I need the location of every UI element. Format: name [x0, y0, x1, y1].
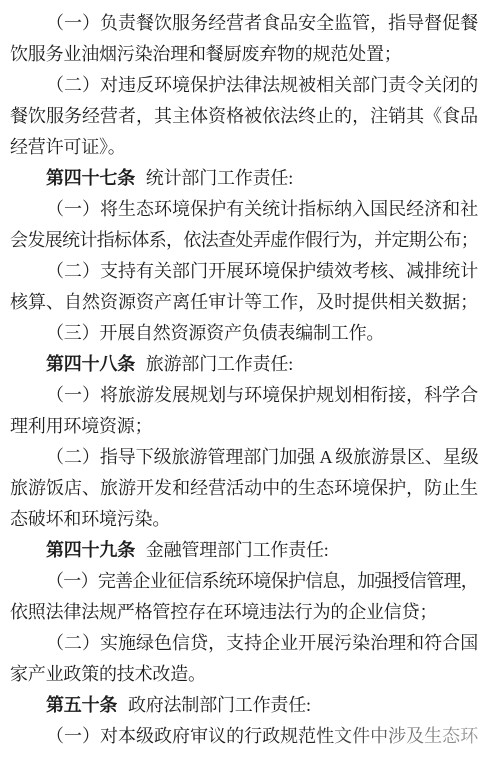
- article-number: 第四十九条: [46, 540, 135, 560]
- text-line: （一）将旅游发展规划与环境保护规划相衔接，科学合: [10, 380, 478, 411]
- text-line: 餐饮服务经营者，其主体资格被依法终止的，注销其《食品: [10, 101, 478, 132]
- clause-item-tourism-planning: （一）将旅游发展规划与环境保护规划相衔接，科学合 理利用环境资源；: [10, 380, 478, 442]
- article-title: 统计部门工作责任:: [146, 168, 293, 188]
- article-47-heading: 第四十七条统计部门工作责任:: [10, 163, 478, 194]
- text-line: 第四十八条旅游部门工作责任:: [10, 349, 478, 380]
- text-line: 第五十条政府法制部门工作责任:: [10, 690, 478, 721]
- clause-item-tourism-guidance: （二）指导下级旅游管理部门加强 A 级旅游景区、星级 旅游饭店、旅游开发和经营活…: [10, 442, 478, 535]
- clause-item-green-credit: （二）实施绿色信贷，支持企业开展污染治理和符合国 家产业政策的技术改造。: [10, 628, 478, 690]
- text-line: 饮服务业油烟污染治理和餐厨废弃物的规范处置；: [10, 39, 478, 70]
- text-line: （二）指导下级旅游管理部门加强 A 级旅游景区、星级: [10, 442, 478, 473]
- text-line: （二）实施绿色信贷，支持企业开展污染治理和符合国: [10, 628, 478, 659]
- text-line: 第四十七条统计部门工作责任:: [10, 163, 478, 194]
- text-line: （一）将生态环境保护有关统计指标纳入国民经济和社: [10, 194, 478, 225]
- text-line: 旅游饭店、旅游开发和经营活动中的生态环境保护，防止生: [10, 473, 478, 504]
- clause-item-statistics-support: （二）支持有关部门开展环境保护绩效考核、减排统计 核算、自然资源资产离任审计等工…: [10, 256, 478, 318]
- clause-item-statistics-indicators: （一）将生态环境保护有关统计指标纳入国民经济和社 会发展统计指标体系，依法查处弄…: [10, 194, 478, 256]
- clause-item-legal-review: （一）对本级政府审议的行政规范性文件中涉及生态环: [10, 721, 478, 752]
- text-line: 经营许可证》。: [10, 132, 478, 163]
- text-line: 核算、自然资源资产离任审计等工作，及时提供相关数据；: [10, 287, 478, 318]
- text-line: （一）负责餐饮服务经营者食品安全监管，指导督促餐: [10, 8, 478, 39]
- clause-item-food-safety: （一）负责餐饮服务经营者食品安全监管，指导督促餐 饮服务业油烟污染治理和餐厨废弃…: [10, 8, 478, 70]
- article-48-heading: 第四十八条旅游部门工作责任:: [10, 349, 478, 380]
- clause-item-license-revocation: （二）对违反环境保护法律法规被相关部门责令关闭的 餐饮服务经营者，其主体资格被依…: [10, 70, 478, 163]
- text-line: 依照法律法规严格管控存在环境违法行为的企业信贷；: [10, 597, 478, 628]
- article-50-heading: 第五十条政府法制部门工作责任:: [10, 690, 478, 721]
- text-line: （一）对本级政府审议的行政规范性文件中涉及生态环: [10, 721, 478, 752]
- text-line: 会发展统计指标体系，依法查处弄虚作假行为，并定期公布；: [10, 225, 478, 256]
- article-number: 第四十七条: [46, 168, 135, 188]
- text-line: （二）对违反环境保护法律法规被相关部门责令关闭的: [10, 70, 478, 101]
- article-title: 政府法制部门工作责任:: [128, 695, 311, 715]
- text-line: （二）支持有关部门开展环境保护绩效考核、减排统计: [10, 256, 478, 287]
- clause-item-balance-sheet: （三）开展自然资源资产负债表编制工作。: [10, 318, 478, 349]
- text-line: 第四十九条金融管理部门工作责任:: [10, 535, 478, 566]
- text-line: 家产业政策的技术改造。: [10, 659, 478, 690]
- article-49-heading: 第四十九条金融管理部门工作责任:: [10, 535, 478, 566]
- article-title: 旅游部门工作责任:: [146, 354, 293, 374]
- article-title: 金融管理部门工作责任:: [146, 540, 329, 560]
- clause-item-credit-info: （一）完善企业征信系统环境保护信息，加强授信管理， 依照法律法规严格管控存在环境…: [10, 566, 478, 628]
- text-line: （三）开展自然资源资产负债表编制工作。: [10, 318, 478, 349]
- article-number: 第五十条: [46, 695, 117, 715]
- article-number: 第四十八条: [46, 354, 135, 374]
- text-line: 理利用环境资源；: [10, 411, 478, 442]
- text-line: （一）完善企业征信系统环境保护信息，加强授信管理，: [10, 566, 478, 597]
- document-page: （一）负责餐饮服务经营者食品安全监管，指导督促餐 饮服务业油烟污染治理和餐厨废弃…: [0, 0, 488, 764]
- text-line: 态破坏和环境污染。: [10, 504, 478, 535]
